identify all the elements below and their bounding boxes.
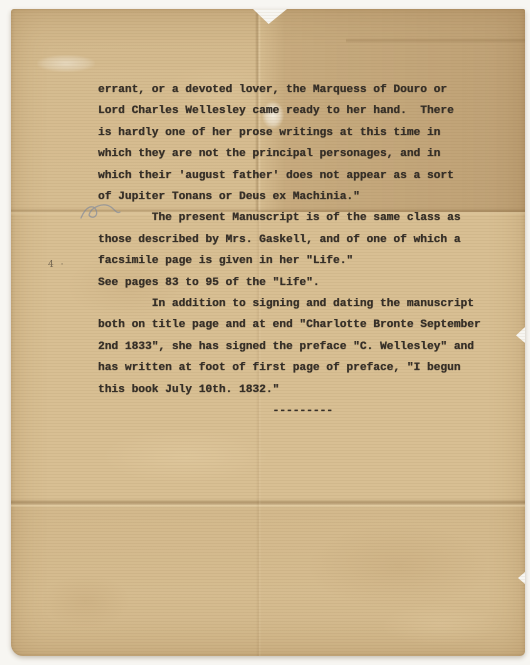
erased-pencil-mark — [37, 55, 95, 72]
photo-backdrop: 4 · errant, or a devoted lover, the Marq… — [0, 0, 530, 665]
margin-annotation: 4 · — [48, 260, 65, 270]
paper-stain — [101, 429, 271, 484]
paper-stain-bottom — [11, 503, 525, 656]
document-page: 4 · errant, or a devoted lover, the Marq… — [11, 9, 525, 656]
crease-top-right — [346, 38, 525, 43]
paper-tear-right-edge — [516, 327, 525, 343]
fold-crease-horizontal-bottom — [11, 499, 525, 508]
typewritten-text: errant, or a devoted lover, the Marquess… — [98, 80, 481, 423]
